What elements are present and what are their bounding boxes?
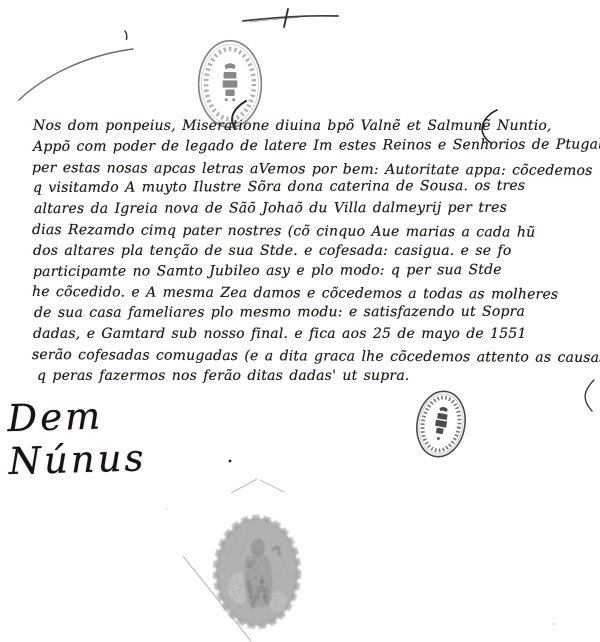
caret-mark bbox=[231, 479, 284, 493]
coat-of-arms-icon bbox=[223, 63, 238, 101]
manuscript-line-5: altares da Igreia nova de Sãõ Johaõ du V… bbox=[34, 198, 590, 220]
manuscript-line-8: participamte no Samto Jubileo asy e plo … bbox=[33, 259, 589, 282]
manuscript-line-10: de sua casa fameliares plo mesmo modu: e… bbox=[34, 302, 590, 324]
wax-seal bbox=[192, 502, 322, 642]
speck bbox=[166, 508, 168, 510]
manuscript-line-2: Appõ com poder de legado de latere Im es… bbox=[33, 134, 589, 157]
manuscript-page: Nos dom ponpeius, Miseratione diuina bpõ… bbox=[0, 0, 600, 642]
speck bbox=[553, 623, 555, 625]
manuscript-line-11: dadas, e Gamtard sub nosso final. e fica… bbox=[33, 324, 589, 345]
coat-of-arms-icon bbox=[433, 406, 450, 441]
manuscript-line-13: q peras fazermos nos ferão ditas dadas' … bbox=[33, 366, 589, 387]
manuscript-line-4: q visitamdo A muyto Ilustre Sõra dona ca… bbox=[33, 176, 589, 199]
signature: Dem Núnus bbox=[7, 391, 229, 483]
invocation-cross-icon bbox=[243, 9, 338, 27]
manuscript-line-1: Nos dom ponpeius, Miseratione diuina bpõ… bbox=[33, 116, 589, 137]
apostrophe-mark bbox=[125, 31, 127, 40]
pen-flourish-arc bbox=[19, 49, 133, 100]
manuscript-line-6: dias Rezamdo cimq pater nostres (cõ cinq… bbox=[32, 220, 588, 244]
manuscript-line-12: serão cofesadas comugadas (e a dita grac… bbox=[32, 345, 588, 369]
manuscript-text: Nos dom ponpeius, Miseratione diuina bpõ… bbox=[33, 116, 589, 386]
ink-dot bbox=[229, 460, 232, 463]
right-oval-stamp bbox=[406, 378, 476, 470]
manuscript-line-7: dos altares pla tenção de sua Stde. e co… bbox=[33, 241, 589, 262]
